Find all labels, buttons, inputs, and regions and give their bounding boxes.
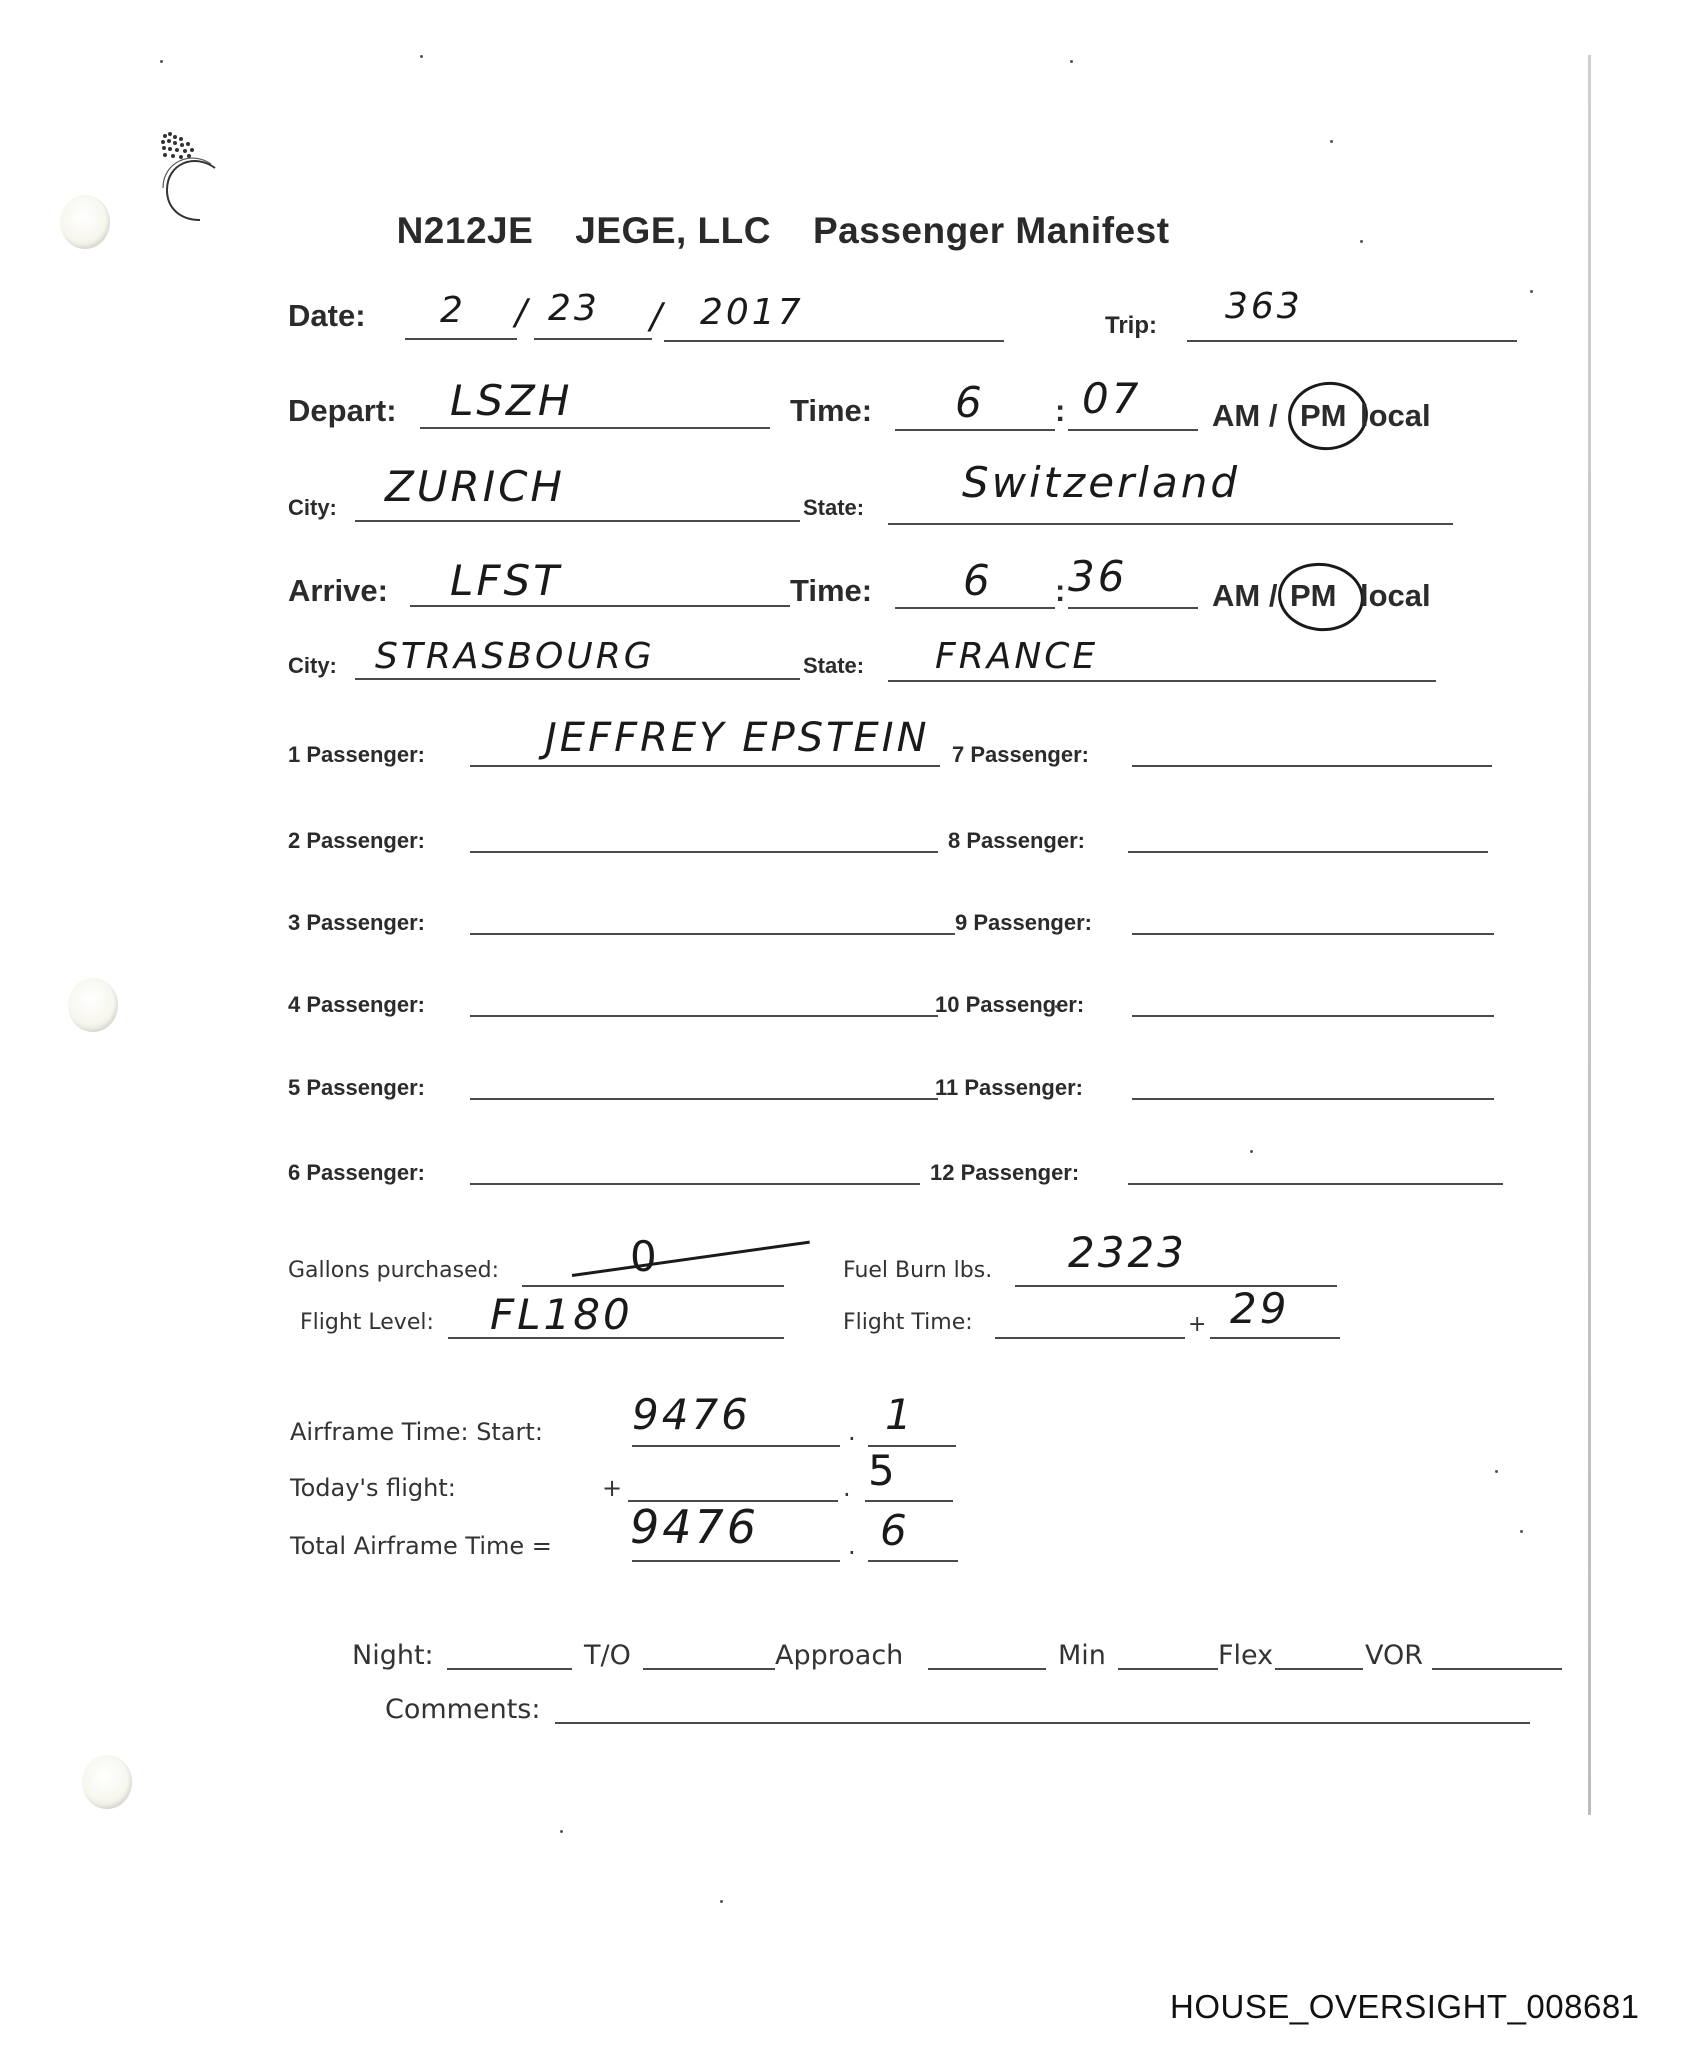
arrive-state-value: FRANCE: [935, 636, 1098, 677]
passenger-12-field[interactable]: [1128, 1183, 1503, 1185]
passenger-11-field[interactable]: [1132, 1098, 1494, 1100]
date-year-field[interactable]: [664, 340, 1004, 342]
vor-label: VOR: [1365, 1640, 1423, 1671]
total-airframe-tenths-field[interactable]: [868, 1560, 958, 1562]
arrive-state-field[interactable]: [888, 680, 1436, 682]
comments-field[interactable]: [555, 1722, 1530, 1724]
passenger-3-field[interactable]: [470, 933, 955, 935]
flight-time-minutes-field[interactable]: [1210, 1337, 1340, 1339]
comments-label: Comments:: [385, 1694, 540, 1725]
depart-time-colon: :: [1055, 393, 1065, 429]
total-airframe-tenths: 6: [880, 1506, 910, 1555]
depart-minute-value: 07: [1082, 374, 1141, 423]
arrive-local-label: local: [1360, 578, 1431, 614]
vor-field[interactable]: [1432, 1668, 1562, 1670]
date-day-value: 23: [548, 288, 600, 329]
passenger-10-label: 10 Passenger:: [935, 992, 1084, 1018]
total-airframe-decimal: .: [848, 1532, 856, 1560]
passenger-6-field[interactable]: [470, 1183, 920, 1185]
flight-level-label: Flight Level:: [300, 1310, 434, 1335]
date-label: Date:: [288, 298, 366, 334]
arrive-field[interactable]: [410, 605, 790, 607]
night-label: Night:: [352, 1640, 434, 1671]
depart-hour-field[interactable]: [895, 429, 1055, 431]
passenger-1-label: 1 Passenger:: [288, 742, 425, 768]
takeoff-field[interactable]: [643, 1668, 775, 1670]
gallons-strikethrough: [572, 1241, 810, 1277]
depart-city-value: ZURICH: [385, 462, 565, 511]
passenger-9-field[interactable]: [1132, 933, 1494, 935]
hole-punch-top: [60, 195, 110, 249]
passenger-8-field[interactable]: [1128, 851, 1488, 853]
arrive-value: LFST: [450, 556, 562, 605]
passenger-8-label: 8 Passenger:: [948, 828, 1085, 854]
depart-field[interactable]: [420, 427, 770, 429]
todays-flight-decimal: .: [843, 1474, 851, 1502]
page-edge-shadow: [1588, 55, 1591, 1815]
flight-level-value: FL180: [490, 1290, 633, 1339]
depart-label: Depart:: [288, 393, 397, 429]
todays-flight-label: Today's flight:: [290, 1474, 456, 1502]
night-field[interactable]: [447, 1668, 572, 1670]
date-month-value: 2: [440, 290, 466, 331]
takeoff-label: T/O: [584, 1640, 631, 1671]
arrive-minute-field[interactable]: [1068, 607, 1198, 609]
arrive-ampm-am: AM /: [1212, 578, 1277, 614]
bates-number: HOUSE_OVERSIGHT_008681: [1170, 1988, 1640, 2026]
todays-flight-plus: +: [602, 1474, 622, 1502]
depart-city-field[interactable]: [355, 520, 800, 522]
todays-flight-tenths: 5: [868, 1446, 898, 1495]
trip-label: Trip:: [1105, 312, 1157, 340]
flex-label: Flex: [1218, 1640, 1273, 1671]
airframe-start-whole: 9476: [632, 1390, 751, 1439]
depart-minute-field[interactable]: [1068, 429, 1198, 431]
manifest-title: N212JEJEGE, LLCPassenger Manifest: [375, 168, 1170, 252]
gallons-field[interactable]: [522, 1285, 784, 1287]
airframe-start-label: Airframe Time: Start:: [290, 1418, 543, 1446]
depart-local-label: local: [1360, 398, 1431, 434]
depart-value: LSZH: [450, 376, 572, 425]
date-sep-1: /: [515, 292, 530, 333]
passenger-1-name: JEFFREY EPSTEIN: [545, 715, 930, 761]
date-year-value: 2017: [700, 292, 804, 333]
airframe-start-decimal: .: [848, 1418, 856, 1446]
passenger-12-label: 12 Passenger:: [930, 1160, 1079, 1186]
arrive-city-value: STRASBOURG: [375, 636, 655, 677]
depart-state-value: Switzerland: [962, 458, 1240, 507]
total-airframe-label: Total Airframe Time =: [290, 1532, 552, 1560]
arrive-pm-circle: [1275, 559, 1368, 636]
gallons-value: 0: [630, 1232, 660, 1281]
hole-punch-bottom: [82, 1755, 132, 1809]
arrive-label: Arrive:: [288, 573, 388, 609]
arrive-city-field[interactable]: [355, 678, 800, 680]
date-sep-2: /: [650, 296, 665, 337]
passenger-7-label: 7 Passenger:: [952, 742, 1089, 768]
fuel-burn-label: Fuel Burn lbs.: [843, 1258, 992, 1283]
flight-time-label: Flight Time:: [843, 1310, 973, 1335]
date-month-field[interactable]: [405, 338, 517, 340]
depart-ampm-am: AM /: [1212, 398, 1277, 434]
depart-state-label: State:: [803, 495, 864, 521]
company-logo-icon: [155, 128, 235, 228]
airframe-start-whole-field[interactable]: [632, 1445, 840, 1447]
total-airframe-whole: 9476: [630, 1500, 759, 1554]
flight-time-plus: +: [1188, 1312, 1206, 1337]
depart-state-field[interactable]: [888, 523, 1453, 525]
passenger-7-field[interactable]: [1132, 765, 1492, 767]
passenger-3-label: 3 Passenger:: [288, 910, 425, 936]
arrive-hour-value: 6: [963, 556, 993, 605]
company-name: JEGE, LLC: [575, 210, 771, 251]
arrive-state-label: State:: [803, 653, 864, 679]
arrive-hour-field[interactable]: [895, 607, 1055, 609]
passenger-11-label: 11 Passenger:: [935, 1075, 1083, 1101]
trip-value: 363: [1225, 286, 1303, 327]
depart-time-label: Time:: [790, 393, 872, 429]
todays-flight-tenths-field[interactable]: [865, 1500, 953, 1502]
passenger-4-label: 4 Passenger:: [288, 992, 425, 1018]
total-airframe-whole-field[interactable]: [632, 1560, 840, 1562]
passenger-4-field[interactable]: [470, 1015, 938, 1017]
arrive-time-label: Time:: [790, 573, 872, 609]
passenger-9-label: 9 Passenger:: [955, 910, 1092, 936]
trip-field[interactable]: [1187, 340, 1517, 342]
flex-field[interactable]: [1275, 1668, 1363, 1670]
date-day-field[interactable]: [534, 338, 652, 340]
flight-time-hours-field[interactable]: [995, 1337, 1185, 1339]
gallons-label: Gallons purchased:: [288, 1258, 499, 1283]
flight-time-minutes-value: 29: [1230, 1284, 1289, 1333]
passenger-10-field[interactable]: [1132, 1015, 1494, 1017]
depart-hour-value: 6: [955, 378, 985, 427]
approach-field[interactable]: [928, 1668, 1046, 1670]
arrive-minute-value: 36: [1068, 552, 1127, 601]
depart-city-label: City:: [288, 495, 337, 521]
passenger-5-label: 5 Passenger:: [288, 1075, 425, 1101]
passenger-6-label: 6 Passenger:: [288, 1160, 425, 1186]
passenger-2-field[interactable]: [470, 851, 938, 853]
arrive-city-label: City:: [288, 653, 337, 679]
passenger-1-field[interactable]: [470, 765, 940, 767]
passenger-2-label: 2 Passenger:: [288, 828, 425, 854]
fuel-burn-value: 2323: [1068, 1228, 1187, 1277]
hole-punch-middle: [68, 978, 118, 1032]
approach-label: Approach: [775, 1640, 903, 1671]
airframe-start-tenths: 1: [885, 1390, 915, 1439]
min-label: Min: [1058, 1640, 1106, 1671]
tail-number: N212JE: [397, 210, 534, 251]
arrive-time-colon: :: [1055, 573, 1065, 609]
passenger-5-field[interactable]: [470, 1098, 938, 1100]
min-field[interactable]: [1118, 1668, 1218, 1670]
document-title: Passenger Manifest: [813, 210, 1170, 251]
